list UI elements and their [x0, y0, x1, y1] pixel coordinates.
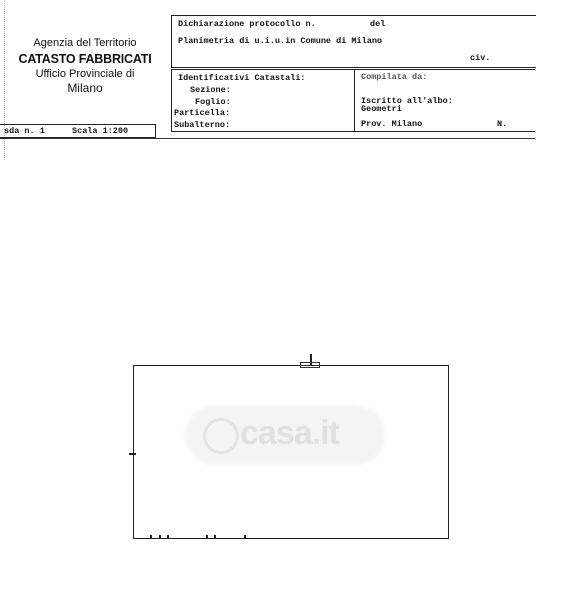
- agency-name: Agenzia del Territorio: [20, 37, 150, 49]
- identifiers-title: Identificativi Catastali:: [178, 73, 306, 83]
- wall-mark-bottom-4: [206, 535, 208, 539]
- wall-mark-bottom-2: [159, 535, 161, 539]
- province-label: Prov. Milano: [361, 119, 422, 129]
- header-separator: [0, 138, 535, 139]
- sezione-label: Sezione:: [190, 85, 231, 95]
- scale-label: Scala 1:200: [72, 126, 128, 136]
- profession-label: Geometri: [361, 104, 402, 114]
- particella-label: Particella:: [174, 108, 230, 118]
- wall-mark-left: [129, 453, 136, 455]
- declaration-date-label: del: [370, 19, 385, 29]
- floor-plan-outline: [133, 365, 449, 539]
- subalterno-label: Subalterno:: [174, 120, 230, 130]
- foglio-label: Foglio:: [195, 97, 231, 107]
- entrance-door: [300, 362, 320, 368]
- wall-mark-bottom-6: [244, 535, 246, 539]
- wall-mark-bottom-3: [167, 535, 169, 539]
- planimetry-title: Planimetria di u.i.u.in Comune di Milano: [178, 36, 382, 46]
- office-city: Milano: [20, 81, 150, 95]
- declaration-protocol: Dichiarazione protocollo n.: [178, 19, 316, 29]
- office-label: Ufficio Provinciale di: [20, 68, 150, 80]
- wall-mark-bottom-1: [150, 535, 152, 539]
- registration-number-label: N.: [497, 119, 507, 129]
- wall-mark-bottom-5: [214, 535, 216, 539]
- compiled-by-label: Compilata da:: [361, 72, 427, 82]
- civic-number-label: civ.: [470, 53, 490, 63]
- sheet-number: sda n. 1: [4, 126, 45, 136]
- catasto-title: CATASTO FABBRICATI: [12, 52, 158, 66]
